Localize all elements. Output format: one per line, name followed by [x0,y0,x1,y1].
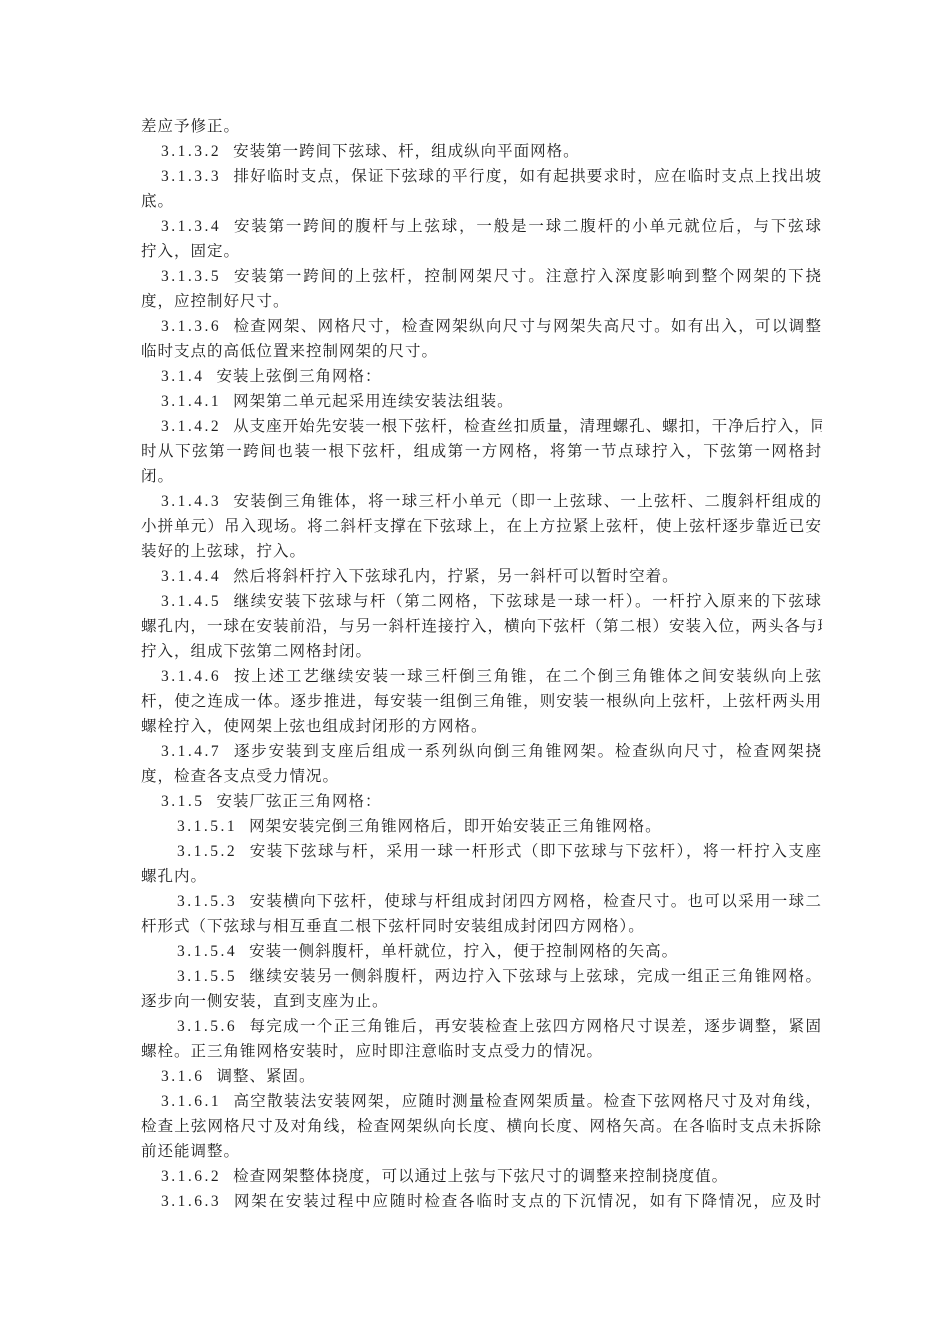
text-line: 3.1.4安装上弦倒三角网格： [141,364,822,389]
clause-number: 3.1.3.2 [161,143,221,160]
clause-number: 3.1.5.1 [177,818,237,835]
text-line: 底。 [141,189,822,214]
clause-number: 3.1.3.5 [161,268,221,285]
line-text: 逐步安装到支座后组成一系列纵向倒三角锥网架。检查纵向尺寸，检查网架挠 [233,743,822,760]
text-line: 3.1.3.6检查网架、网格尺寸，检查网架纵向尺寸与网架失高尺寸。如有出入，可以… [141,314,822,339]
text-line: 3.1.4.1网架第二单元起采用连续安装法组装。 [141,389,822,414]
line-text: 差应予修正。 [141,118,240,135]
line-text: 排好临时支点，保证下弦球的平行度，如有起拱要求时，应在临时支点上找出坡 [233,168,822,185]
clause-number: 3.1.4.7 [161,743,221,760]
line-text: 底。 [141,193,174,210]
line-text: 安装一侧斜腹杆，单杆就位，拧入，便于控制网格的矢高。 [249,943,678,960]
line-text: 逐步向一侧安装，直到支座为止。 [141,993,389,1010]
line-text: 调整、紧固。 [217,1068,316,1085]
line-text: 网架安装完倒三角锥网格后，即开始安装正三角锥网格。 [249,818,662,835]
text-line: 3.1.4.2从支座开始先安装一根下弦杆，检查丝扣质量，清理螺孔、螺扣，干净后拧… [141,414,822,439]
text-line: 螺栓。正三角锥网格安装时，应时即注意临时支点受力的情况。 [141,1039,822,1064]
text-line: 小拼单元）吊入现场。将二斜杆支撑在下弦球上，在上方拉紧上弦杆，使上弦杆逐步靠近已… [141,514,822,539]
line-text: 继续安装下弦球与杆（第二网格，下弦球是一球一杆）。一杆拧入原来的下弦球 [233,593,822,610]
text-line: 杆，使之连成一体。逐步推进，每安装一组倒三角锥，则安装一根纵向上弦杆，上弦杆两头… [141,689,822,714]
text-line: 3.1.3.3排好临时支点，保证下弦球的平行度，如有起拱要求时，应在临时支点上找… [141,164,822,189]
line-text: 检查网架整体挠度，可以通过上弦与下弦尺寸的调整来控制挠度值。 [233,1168,728,1185]
text-line: 3.1.5.3安装横向下弦杆，使球与杆组成封闭四方网格，检查尺寸。也可以采用一球… [141,889,822,914]
clause-number: 3.1.3.3 [161,168,221,185]
text-line: 3.1.6.3网架在安装过程中应随时检查各临时支点的下沉情况，如有下降情况，应及… [141,1189,822,1214]
document-text-block: 差应予修正。3.1.3.2安装第一跨间下弦球、杆，组成纵向平面网格。3.1.3.… [141,114,822,1214]
line-text: 安装倒三角锥体，将一球三杆小单元（即一上弦球、一上弦杆、二腹斜杆组成的 [233,493,822,510]
text-line: 差应予修正。 [141,114,822,139]
line-text: 杆形式（下弦球与相互垂直二根下弦杆同时安装组成封闭四方网格）。 [141,918,645,935]
line-text: 螺栓拧入，使网架上弦也组成封闭形的方网格。 [141,718,488,735]
text-line: 3.1.4.5继续安装下弦球与杆（第二网格，下弦球是一球一杆）。一杆拧入原来的下… [141,589,822,614]
clause-number: 3.1.6 [161,1068,205,1085]
line-text: 每完成一个正三角锥后，再安装检查上弦四方网格尺寸误差，逐步调整，紧固 [249,1018,822,1035]
clause-number: 3.1.5.5 [177,968,237,985]
text-line: 3.1.3.4安装第一跨间的腹杆与上弦球，一般是一球二腹杆的小单元就位后，与下弦… [141,214,822,239]
line-text: 螺孔内。 [141,868,207,885]
clause-number: 3.1.3.6 [161,318,221,335]
text-line: 3.1.3.2安装第一跨间下弦球、杆，组成纵向平面网格。 [141,139,822,164]
text-line: 3.1.6调整、紧固。 [141,1064,822,1089]
line-text: 安装横向下弦杆，使球与杆组成封闭四方网格，检查尺寸。也可以采用一球二 [249,893,822,910]
text-line: 3.1.5.1网架安装完倒三角锥网格后，即开始安装正三角锥网格。 [141,814,822,839]
text-line: 3.1.6.1高空散装法安装网架，应随时测量检查网架质量。检查下弦网格尺寸及对角… [141,1089,822,1114]
clause-number: 3.1.6.2 [161,1168,221,1185]
line-text: 安装厂弦正三角网格： [217,793,382,810]
line-text: 装好的上弦球，拧入。 [141,543,306,560]
clause-number: 3.1.4.1 [161,393,221,410]
text-line: 3.1.5.4安装一侧斜腹杆，单杆就位，拧入，便于控制网格的矢高。 [141,939,822,964]
text-line: 度，应控制好尺寸。 [141,289,822,314]
text-line: 3.1.4.6按上述工艺继续安装一球三杆倒三角锥，在二个倒三角锥体之间安装纵向上… [141,664,822,689]
line-text: 小拼单元）吊入现场。将二斜杆支撑在下弦球上，在上方拉紧上弦杆，使上弦杆逐步靠近已… [141,518,822,535]
line-text: 时从下弦第一跨间也装一根下弦杆，组成第一方网格，将第一节点球拧入，下弦第一网格封 [141,443,822,460]
clause-number: 3.1.4.5 [161,593,221,610]
line-text: 度，应控制好尺寸。 [141,293,290,310]
line-text: 螺栓。正三角锥网格安装时，应时即注意临时支点受力的情况。 [141,1043,603,1060]
text-line: 闭。 [141,464,822,489]
line-text: 安装第一跨间的腹杆与上弦球，一般是一球二腹杆的小单元就位后，与下弦球 [233,218,822,235]
line-text: 然后将斜杆拧入下弦球孔内，拧紧，另一斜杆可以暂时空着。 [233,568,679,585]
line-text: 螺孔内，一球在安装前沿，与另一斜杆连接拧入，横向下弦杆（第二根）安装入位，两头各… [141,618,822,635]
line-text: 网架第二单元起采用连续安装法组装。 [233,393,514,410]
text-line: 临时支点的高低位置来控制网架的尺寸。 [141,339,822,364]
line-text: 度，检查各支点受力情况。 [141,768,339,785]
text-line: 螺孔内，一球在安装前沿，与另一斜杆连接拧入，横向下弦杆（第二根）安装入位，两头各… [141,614,822,639]
line-text: 安装上弦倒三角网格： [217,368,382,385]
document-page: 差应予修正。3.1.3.2安装第一跨间下弦球、杆，组成纵向平面网格。3.1.3.… [0,0,950,1344]
line-text: 高空散装法安装网架，应随时测量检查网架质量。检查下弦网格尺寸及对角线， [233,1093,822,1110]
line-text: 前还能调整。 [141,1143,240,1160]
clause-number: 3.1.4.2 [161,418,221,435]
clause-number: 3.1.6.3 [161,1193,221,1210]
line-text: 安装第一跨间下弦球、杆，组成纵向平面网格。 [233,143,580,160]
clause-number: 3.1.4.4 [161,568,221,585]
clause-number: 3.1.5 [161,793,205,810]
clause-number: 3.1.5.6 [177,1018,237,1035]
clause-number: 3.1.5.2 [177,843,237,860]
text-line: 3.1.3.5安装第一跨间的上弦杆，控制网架尺寸。注意拧入深度影响到整个网架的下… [141,264,822,289]
line-text: 从支座开始先安装一根下弦杆，检查丝扣质量，清理螺孔、螺扣，干净后拧入，同 [233,418,822,435]
text-line: 3.1.5.2安装下弦球与杆，采用一球一杆形式（即下弦球与下弦杆），将一杆拧入支… [141,839,822,864]
text-line: 3.1.4.3安装倒三角锥体，将一球三杆小单元（即一上弦球、一上弦杆、二腹斜杆组… [141,489,822,514]
text-line: 螺栓拧入，使网架上弦也组成封闭形的方网格。 [141,714,822,739]
line-text: 安装第一跨间的上弦杆，控制网架尺寸。注意拧入深度影响到整个网架的下挠 [233,268,822,285]
text-line: 拧入，组成下弦第二网格封闭。 [141,639,822,664]
clause-number: 3.1.3.4 [161,218,221,235]
line-text: 杆，使之连成一体。逐步推进，每安装一组倒三角锥，则安装一根纵向上弦杆，上弦杆两头… [141,693,822,710]
line-text: 安装下弦球与杆，采用一球一杆形式（即下弦球与下弦杆），将一杆拧入支座 [249,843,822,860]
clause-number: 3.1.5.3 [177,893,237,910]
text-line: 度，检查各支点受力情况。 [141,764,822,789]
text-line: 逐步向一侧安装，直到支座为止。 [141,989,822,1014]
clause-number: 3.1.6.1 [161,1093,221,1110]
text-line: 3.1.4.7逐步安装到支座后组成一系列纵向倒三角锥网架。检查纵向尺寸，检查网架… [141,739,822,764]
text-line: 3.1.5.5继续安装另一侧斜腹杆，两边拧入下弦球与上弦球，完成一组正三角锥网格… [141,964,822,989]
line-text: 检查上弦网格尺寸及对角线，检查网架纵向长度、横向长度、网格矢高。在各临时支点未拆… [141,1118,822,1135]
clause-number: 3.1.4 [161,368,205,385]
line-text: 按上述工艺继续安装一球三杆倒三角锥，在二个倒三角锥体之间安装纵向上弦 [233,668,822,685]
text-line: 3.1.5.6每完成一个正三角锥后，再安装检查上弦四方网格尺寸误差，逐步调整，紧… [141,1014,822,1039]
line-text: 检查网架、网格尺寸，检查网架纵向尺寸与网架失高尺寸。如有出入，可以调整 [233,318,822,335]
text-line: 检查上弦网格尺寸及对角线，检查网架纵向长度、横向长度、网格矢高。在各临时支点未拆… [141,1114,822,1139]
text-line: 前还能调整。 [141,1139,822,1164]
text-line: 3.1.6.2检查网架整体挠度，可以通过上弦与下弦尺寸的调整来控制挠度值。 [141,1164,822,1189]
line-text: 继续安装另一侧斜腹杆，两边拧入下弦球与上弦球，完成一组正三角锥网格。 [249,968,822,985]
line-text: 闭。 [141,468,174,485]
line-text: 临时支点的高低位置来控制网架的尺寸。 [141,343,438,360]
text-line: 3.1.5安装厂弦正三角网格： [141,789,822,814]
line-text: 拧入，组成下弦第二网格封闭。 [141,643,372,660]
text-line: 时从下弦第一跨间也装一根下弦杆，组成第一方网格，将第一节点球拧入，下弦第一网格封 [141,439,822,464]
clause-number: 3.1.5.4 [177,943,237,960]
text-line: 3.1.4.4然后将斜杆拧入下弦球孔内，拧紧，另一斜杆可以暂时空着。 [141,564,822,589]
text-line: 杆形式（下弦球与相互垂直二根下弦杆同时安装组成封闭四方网格）。 [141,914,822,939]
line-text: 拧入，固定。 [141,243,240,260]
text-line: 拧入，固定。 [141,239,822,264]
text-line: 装好的上弦球，拧入。 [141,539,822,564]
line-text: 网架在安装过程中应随时检查各临时支点的下沉情况，如有下降情况，应及时 [233,1193,822,1210]
clause-number: 3.1.4.3 [161,493,221,510]
clause-number: 3.1.4.6 [161,668,221,685]
text-line: 螺孔内。 [141,864,822,889]
